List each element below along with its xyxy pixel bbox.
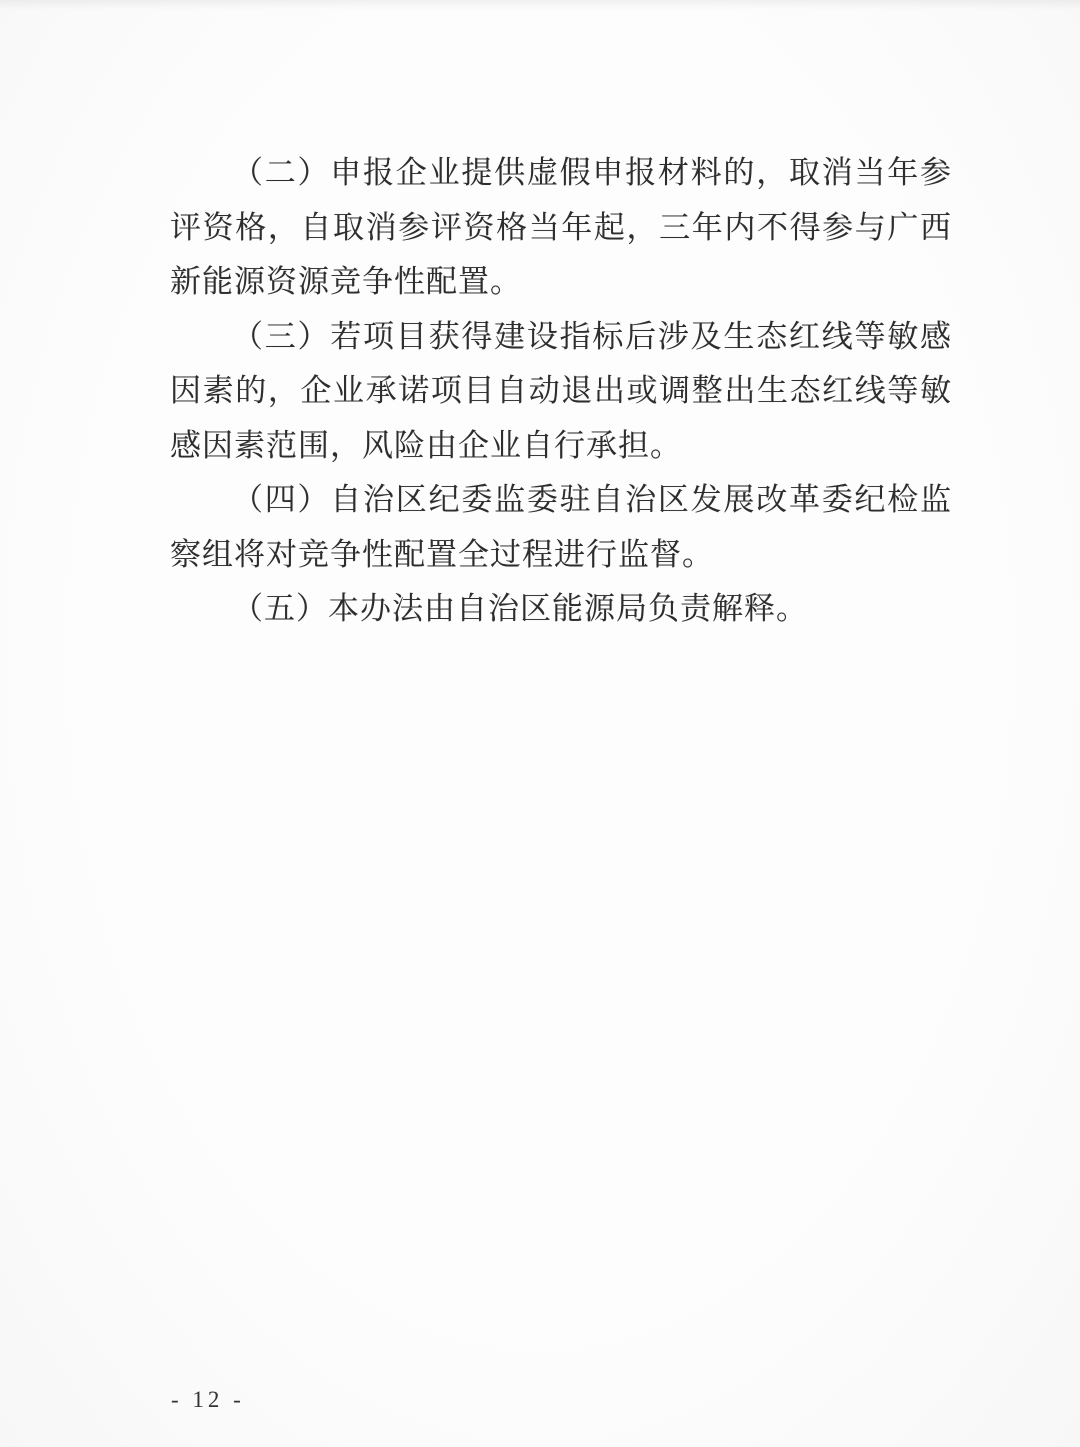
document-page: （二）申报企业提供虚假申报材料的，取消当年参评资格，自取消参评资格当年起，三年内… (0, 0, 1080, 1447)
paragraph-clause-3: （三）若项目获得建设指标后涉及生态红线等敏感因素的，企业承诺项目自动退出或调整出… (170, 310, 952, 474)
paragraph-clause-5: （五）本办法由自治区能源局负责解释。 (170, 582, 952, 637)
paragraph-clause-2: （二）申报企业提供虚假申报材料的，取消当年参评资格，自取消参评资格当年起，三年内… (170, 146, 952, 310)
paragraph-clause-4: （四）自治区纪委监委驻自治区发展改革委纪检监察组将对竞争性配置全过程进行监督。 (170, 473, 952, 582)
page-number: - 12 - (171, 1387, 245, 1413)
document-body: （二）申报企业提供虚假申报材料的，取消当年参评资格，自取消参评资格当年起，三年内… (170, 146, 952, 637)
